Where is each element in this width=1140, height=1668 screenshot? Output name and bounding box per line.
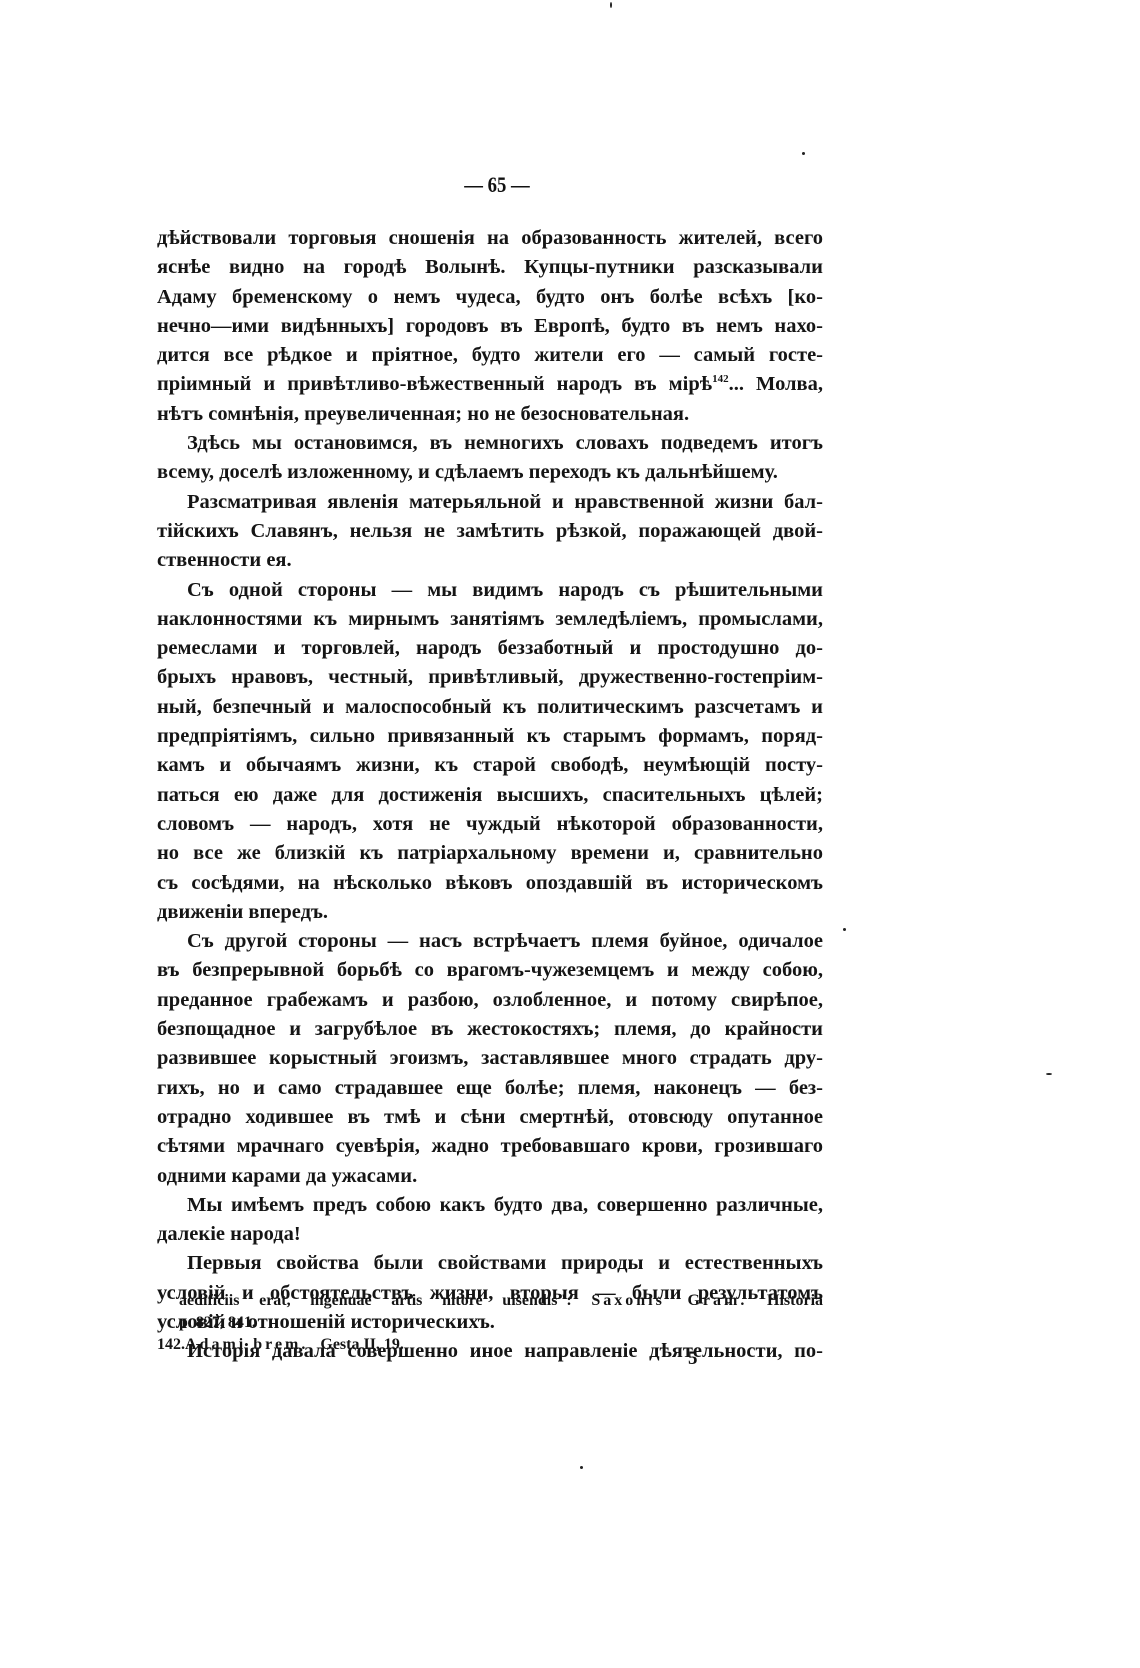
text-line: развившее корыстный эгоизмъ, заставлявше… <box>157 1044 823 1073</box>
text-line: тійскихъ Славянъ, нельзя не замѣтить рѣз… <box>157 517 823 546</box>
text-line-first: Съ одной стороны — мы видимъ народъ съ р… <box>157 576 823 605</box>
text-line: далекіе народа! <box>157 1220 823 1249</box>
text-line-first: Здѣсь мы остановимся, въ немногихъ слова… <box>157 429 823 458</box>
text-line: паться ею даже для достиженія высшихъ, с… <box>157 781 823 810</box>
text-line-first: Разсматривая явленія матерьяльной и нрав… <box>157 488 823 517</box>
text-line: всему, доселѣ изложенному, и сдѣлаемъ пе… <box>157 458 823 487</box>
text-line-first: Первыя свойства были свойствами природы … <box>157 1249 823 1278</box>
scan-speck <box>580 1466 583 1469</box>
text-line: безпощадное и загрубѣлое въ жестокостяхъ… <box>157 1015 823 1044</box>
footnote-continuation-line: p. 827, 841. <box>157 1312 823 1334</box>
scan-speck <box>843 928 846 931</box>
text-line: нѣтъ сомнѣнія, преувеличенная; но не без… <box>157 400 823 429</box>
scan-speck <box>1046 1073 1052 1075</box>
footnote-author: Saxonis Gram. <box>591 1292 747 1309</box>
text-line: камъ и обычаямъ жизни, къ старой свободѣ… <box>157 751 823 780</box>
text-line: брыхъ нравовъ, честный, привѣтливый, дру… <box>157 663 823 692</box>
footnote-ref-142[interactable]: 142 <box>712 373 729 385</box>
text-line: но все же близкій къ патріархальному вре… <box>157 839 823 868</box>
text-segment: пріимный и привѣтливо-вѣжественный народ… <box>157 373 712 395</box>
text-line: преданное грабежамъ и разбою, озлобленно… <box>157 986 823 1015</box>
text-line: сѣтями мрачнаго суевѣрія, жадно требовав… <box>157 1132 823 1161</box>
scan-speck <box>610 2 612 8</box>
footnote-text: aedificiis erat, ingenuae artis nitore u… <box>179 1292 572 1309</box>
text-line: дѣйствовали торговыя сношенія на образов… <box>157 224 823 253</box>
signature-mark: 5 <box>688 1348 698 1370</box>
text-line: движеніи впередъ. <box>157 898 823 927</box>
text-line: нечно—ими видѣнныхъ] городовъ въ Европѣ,… <box>157 312 823 341</box>
text-line: ремеслами и торговлей, народъ беззаботны… <box>157 634 823 663</box>
footnote-142: 142.Adami brem. Gesta II, 19. <box>157 1334 823 1356</box>
text-line-first: Съ другой стороны — насъ встрѣчаетъ плем… <box>157 927 823 956</box>
text-line: предпріятіямъ, сильно привязанный къ ста… <box>157 722 823 751</box>
page-number: — 65 — <box>72 172 922 198</box>
text-line: съ сосѣдями, на нѣсколько вѣковъ опоздав… <box>157 869 823 898</box>
text-line: въ безпрерывной борьбѣ со врагомъ-чужезе… <box>157 956 823 985</box>
text-line: ный, безпечный и малоспособный къ полити… <box>157 693 823 722</box>
text-line-with-footnote-ref: пріимный и привѣтливо-вѣжественный народ… <box>157 370 823 399</box>
text-line: яснѣе видно на городѣ Волынѣ. Купцы-путн… <box>157 253 823 282</box>
footnote-number: 142. <box>157 1336 185 1353</box>
text-line: дится все рѣдкое и пріятное, будто жител… <box>157 341 823 370</box>
text-line: Адаму бременскому о немъ чудеса, будто о… <box>157 283 823 312</box>
document-page: — 65 — дѣйствовали торговыя сношенія на … <box>0 0 1140 1668</box>
footnote-author: Adami brem. <box>185 1336 308 1353</box>
scan-speck <box>802 152 805 155</box>
text-line-first: Мы имѣемъ предъ собою какъ будто два, со… <box>157 1191 823 1220</box>
text-line: словомъ — народъ, хотя не чуждый нѣкотор… <box>157 810 823 839</box>
text-line: одними карами да ужасами. <box>157 1162 823 1191</box>
footnote-text: Gesta II, 19. <box>320 1336 404 1353</box>
text-line: гихъ, но и само страдавшее еще болѣе; пл… <box>157 1074 823 1103</box>
body-text: дѣйствовали торговыя сношенія на образов… <box>157 224 823 1367</box>
text-segment: ... Молва, <box>729 373 823 395</box>
footnotes: aedificiis erat, ingenuae artis nitore u… <box>157 1290 823 1356</box>
text-line: ственности ея. <box>157 546 823 575</box>
text-line: отрадно ходившее въ тмѣ и сѣни смертнѣй,… <box>157 1103 823 1132</box>
footnote-text: Historia <box>767 1292 823 1309</box>
footnote-continuation-line: aedificiis erat, ingenuae artis nitore u… <box>157 1290 823 1312</box>
text-line: наклонностями къ мирнымъ занятіямъ земле… <box>157 605 823 634</box>
